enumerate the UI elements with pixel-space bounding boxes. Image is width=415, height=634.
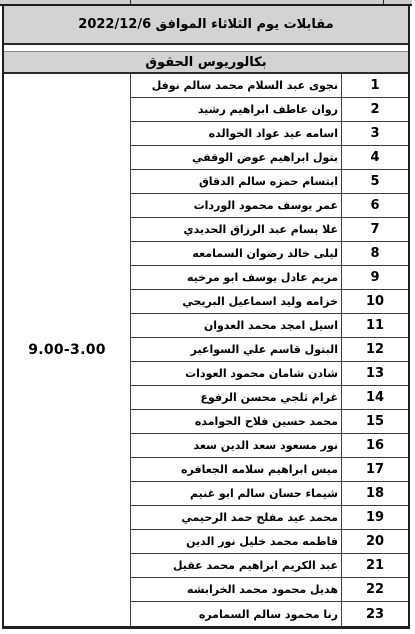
- candidate-number: 6: [341, 194, 408, 217]
- candidate-name: عبد الكريم ابراهيم محمد عقيل: [131, 554, 341, 577]
- time-range-cell: 9.00-3.00: [4, 74, 131, 626]
- table-row: ميس ابراهيم سلامه الجعافره 17: [131, 458, 408, 482]
- candidate-name: اسامه عيد عواد الخوالده: [131, 122, 341, 145]
- candidate-name: نجوى عبد السلام محمد سالم نوفل: [131, 74, 341, 97]
- candidate-number: 4: [341, 146, 408, 169]
- table-row: عبد الكريم ابراهيم محمد عقيل 21: [131, 554, 408, 578]
- candidate-number: 19: [341, 506, 408, 529]
- candidate-number: 7: [341, 218, 408, 241]
- candidate-name: عمر يوسف محمود الوردات: [131, 194, 341, 217]
- table-row: خزامه وليد اسماعيل البريحي 10: [131, 290, 408, 314]
- candidate-number: 20: [341, 530, 408, 553]
- candidate-name: شيماء حسان سالم ابو غنيم: [131, 482, 341, 505]
- candidate-number: 5: [341, 170, 408, 193]
- table-row: عمر يوسف محمود الوردات 6: [131, 194, 408, 218]
- candidate-name: ليلى خالد رضوان السمامعه: [131, 242, 341, 265]
- candidate-rows: نجوى عبد السلام محمد سالم نوفل 1 روان عا…: [131, 74, 408, 626]
- table-row: محمد حسين فلاح الحوامده 15: [131, 410, 408, 434]
- schedule-title: مقابلات يوم الثلاثاء الموافق 2022/12/6: [4, 6, 408, 45]
- candidate-number: 9: [341, 266, 408, 289]
- candidate-name: فاطمه محمد خليل نور الدين: [131, 530, 341, 553]
- candidate-name: شادن شامان محمود العودات: [131, 362, 341, 385]
- candidate-number: 2: [341, 98, 408, 121]
- candidate-name: نور مسعود سعد الدين سعد: [131, 434, 341, 457]
- candidate-number: 23: [341, 602, 408, 626]
- table-row: علا بسام عبد الرزاق الحديدي 7: [131, 218, 408, 242]
- candidate-number: 10: [341, 290, 408, 313]
- candidate-number: 18: [341, 482, 408, 505]
- table-row: ليلى خالد رضوان السمامعه 8: [131, 242, 408, 266]
- candidate-number: 17: [341, 458, 408, 481]
- candidate-name: بتول ابراهيم عوض الوقفي: [131, 146, 341, 169]
- candidate-number: 12: [341, 338, 408, 361]
- candidate-name: محمد عيد مفلح حمد الرحيمي: [131, 506, 341, 529]
- candidate-number: 21: [341, 554, 408, 577]
- candidate-number: 15: [341, 410, 408, 433]
- table-row: غرام ثلجي محسن الرفوع 14: [131, 386, 408, 410]
- table-row: شيماء حسان سالم ابو غنيم 18: [131, 482, 408, 506]
- table-row: محمد عيد مفلح حمد الرحيمي 19: [131, 506, 408, 530]
- candidate-name: محمد حسين فلاح الحوامده: [131, 410, 341, 433]
- schedule-table: مقابلات يوم الثلاثاء الموافق 2022/12/6 ب…: [2, 6, 410, 629]
- candidate-number: 14: [341, 386, 408, 409]
- candidate-number: 3: [341, 122, 408, 145]
- candidate-number: 1: [341, 74, 408, 97]
- candidate-number: 11: [341, 314, 408, 337]
- candidate-number: 16: [341, 434, 408, 457]
- candidate-number: 8: [341, 242, 408, 265]
- candidate-name: روان عاطف ابراهيم رشيد: [131, 98, 341, 121]
- table-row: ابتسام حمزه سالم الدقاق 5: [131, 170, 408, 194]
- table-row: فاطمه محمد خليل نور الدين 20: [131, 530, 408, 554]
- table-row: شادن شامان محمود العودات 13: [131, 362, 408, 386]
- table-row: رنا محمود سالم السمامره 23: [131, 602, 408, 626]
- candidate-name: خزامه وليد اسماعيل البريحي: [131, 290, 341, 313]
- candidate-number: 13: [341, 362, 408, 385]
- table-body: 9.00-3.00 نجوى عبد السلام محمد سالم نوفل…: [4, 74, 408, 626]
- candidate-name: رنا محمود سالم السمامره: [131, 602, 341, 626]
- table-row: بتول ابراهيم عوض الوقفي 4: [131, 146, 408, 170]
- candidate-name: البتول قاسم علي السواعير: [131, 338, 341, 361]
- candidate-name: ابتسام حمزه سالم الدقاق: [131, 170, 341, 193]
- document-page: مقابلات يوم الثلاثاء الموافق 2022/12/6 ب…: [0, 0, 415, 634]
- candidate-name: اسيل امجد محمد العدوان: [131, 314, 341, 337]
- table-row: اسامه عيد عواد الخوالده 3: [131, 122, 408, 146]
- table-row: البتول قاسم علي السواعير 12: [131, 338, 408, 362]
- candidate-name: ميس ابراهيم سلامه الجعافره: [131, 458, 341, 481]
- candidate-name: غرام ثلجي محسن الرفوع: [131, 386, 341, 409]
- table-row: نجوى عبد السلام محمد سالم نوفل 1: [131, 74, 408, 98]
- degree-subtitle: بكالوريوس الحقوق: [4, 51, 408, 74]
- column-divider-tick: [130, 0, 131, 4]
- candidate-name: هديل محمود محمد الخرابشه: [131, 578, 341, 601]
- candidate-name: مريم عادل يوسف ابو مرخيه: [131, 266, 341, 289]
- column-divider-tick: [383, 0, 384, 4]
- table-row: نور مسعود سعد الدين سعد 16: [131, 434, 408, 458]
- table-row: مريم عادل يوسف ابو مرخيه 9: [131, 266, 408, 290]
- candidate-name: علا بسام عبد الرزاق الحديدي: [131, 218, 341, 241]
- table-row: هديل محمود محمد الخرابشه 22: [131, 578, 408, 602]
- table-row: اسيل امجد محمد العدوان 11: [131, 314, 408, 338]
- table-row: روان عاطف ابراهيم رشيد 2: [131, 98, 408, 122]
- candidate-number: 22: [341, 578, 408, 601]
